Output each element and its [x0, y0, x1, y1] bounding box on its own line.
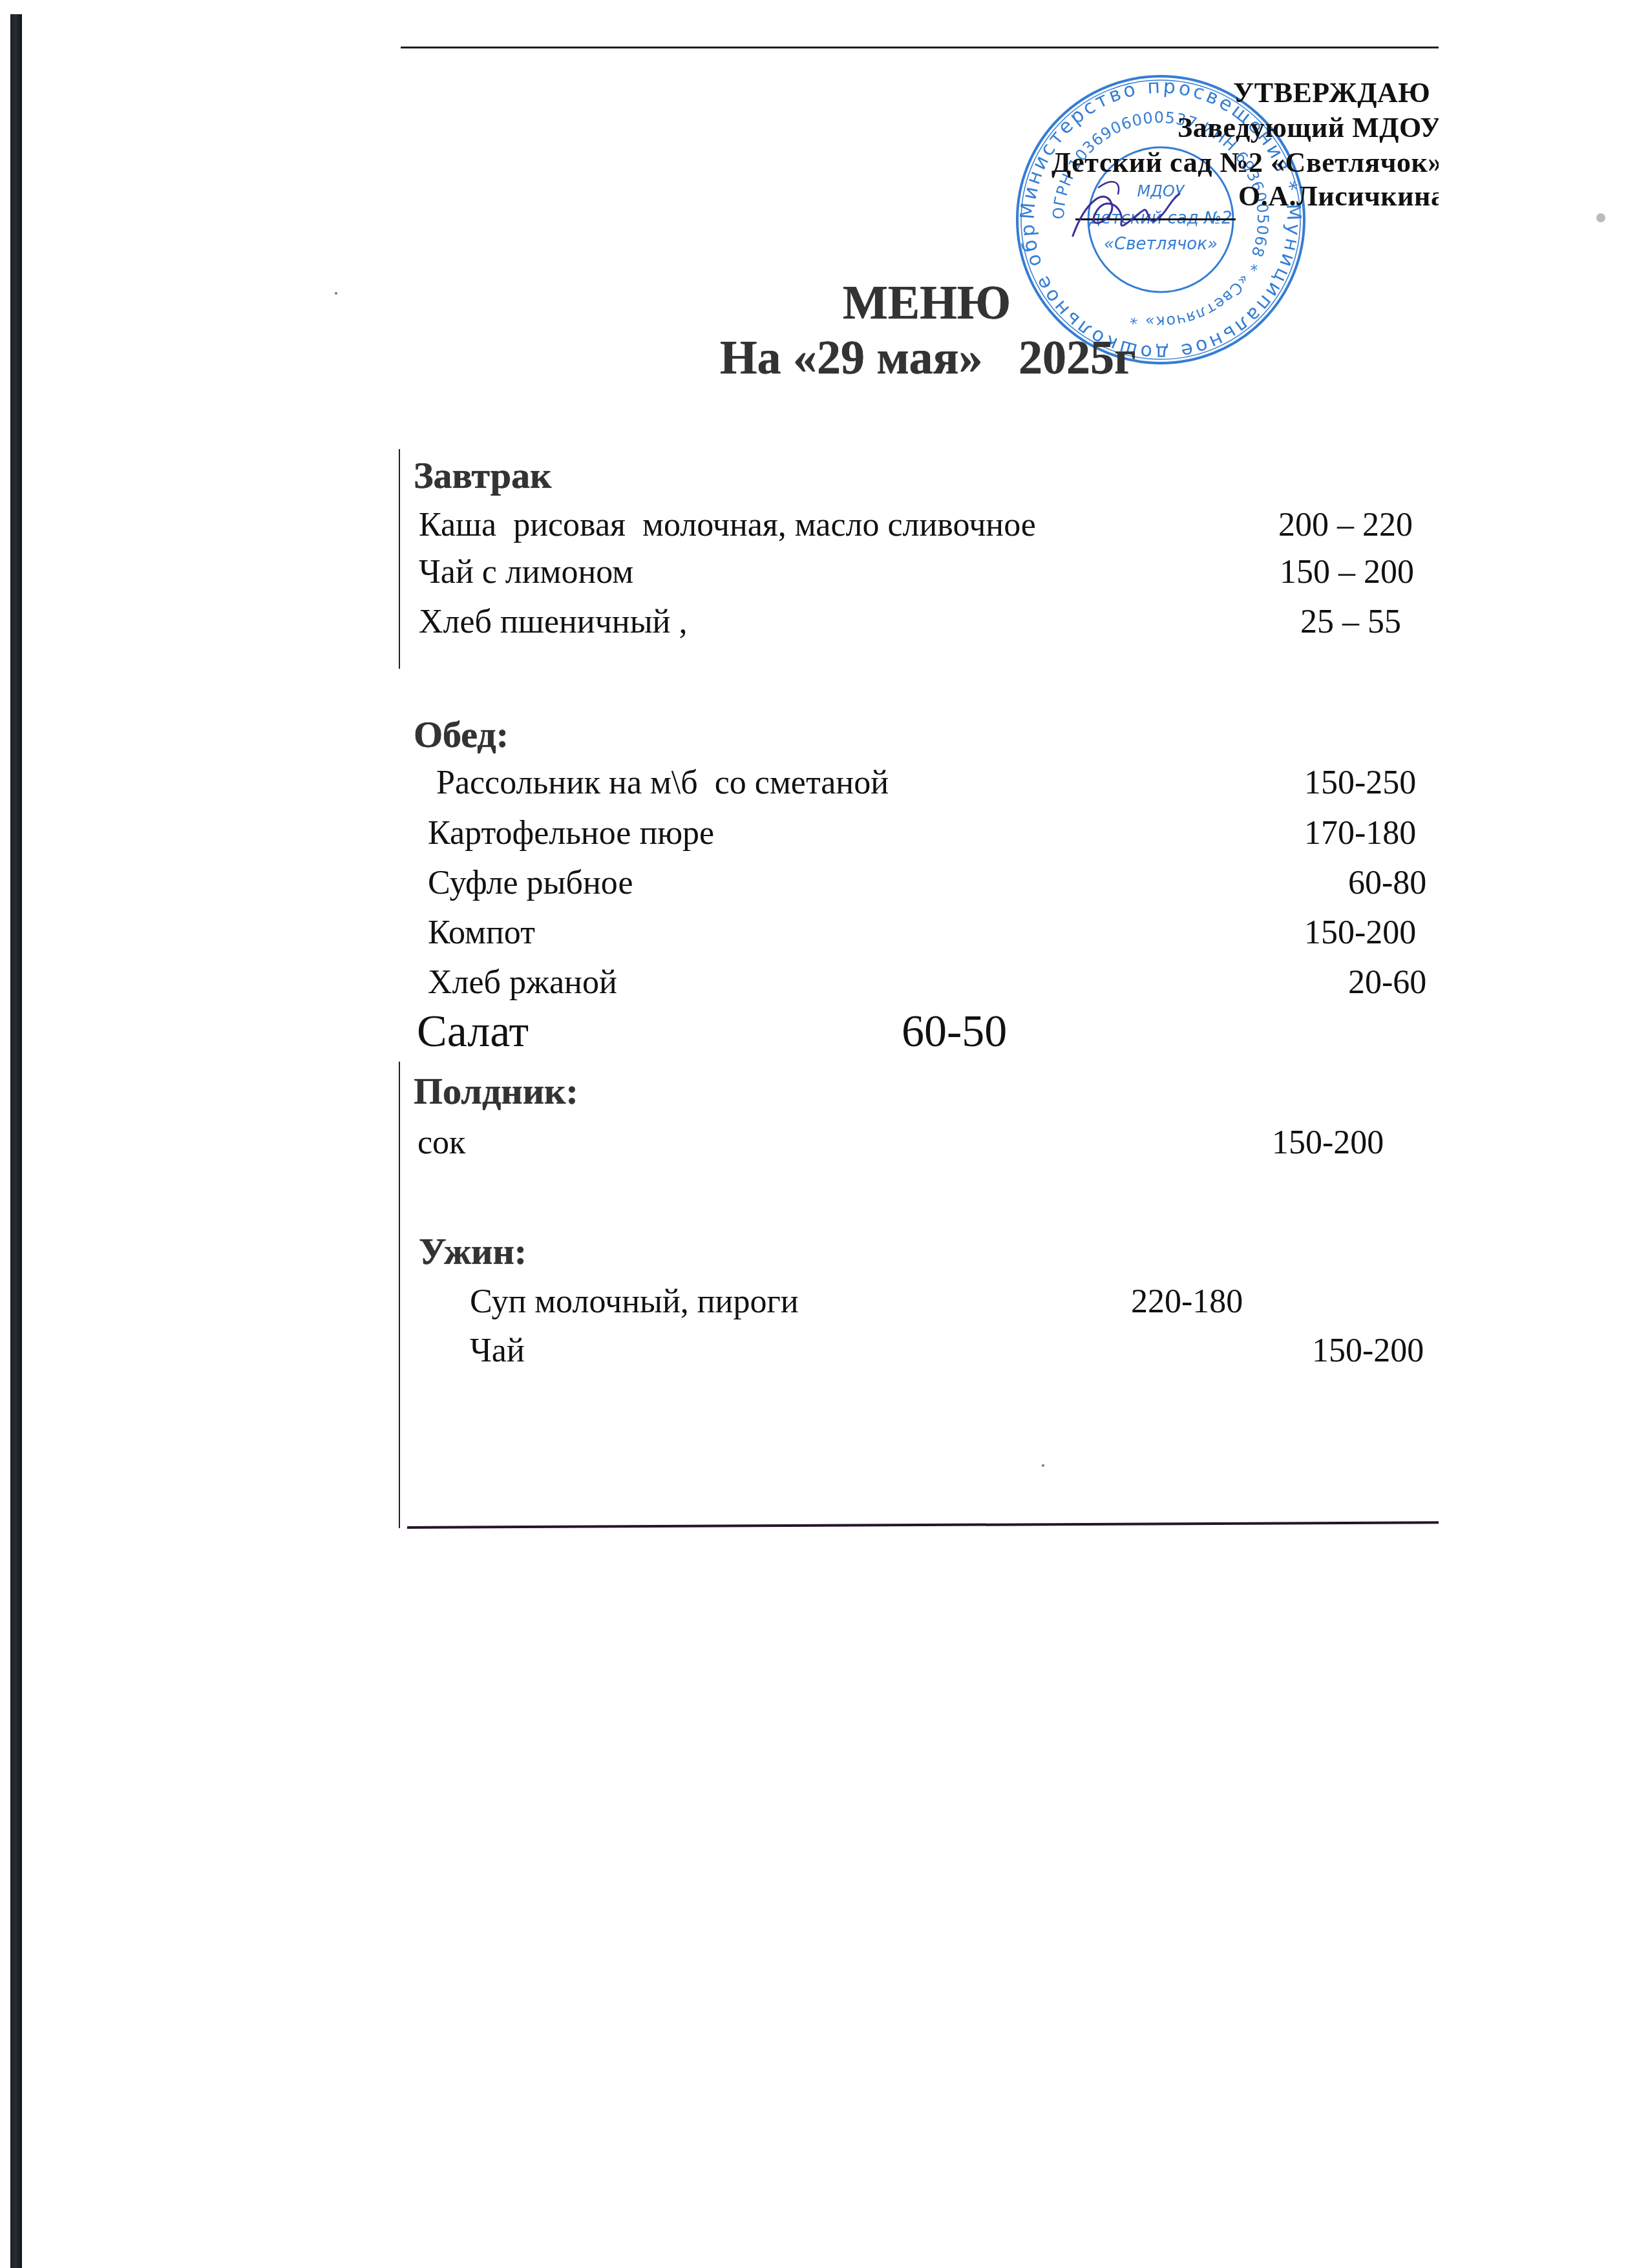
top-rule: [401, 47, 1439, 48]
snack-item-qty: 150-200: [1272, 1126, 1384, 1160]
lunch-item-qty: 150-200: [1304, 916, 1416, 950]
lunch-item-name: Суфле рыбное: [428, 866, 633, 900]
frame-left-line-2: [399, 1062, 400, 1528]
dinner-item-name: Суп молочный, пироги: [470, 1285, 799, 1319]
scan-speck: [1042, 1464, 1044, 1467]
lunch-item-qty: 60-80: [1348, 866, 1426, 900]
breakfast-item-qty: 25 – 55: [1300, 605, 1401, 639]
lunch-item-qty: 150-250: [1304, 766, 1416, 800]
dinner-item-qty: 220-180: [1131, 1285, 1243, 1319]
breakfast-item-name: Чай с лимоном: [419, 556, 633, 589]
breakfast-item-qty: 150 – 200: [1280, 556, 1414, 589]
lunch-item-name: Компот: [428, 916, 535, 950]
scan-speck: [1596, 213, 1605, 222]
approval-position: Заведующий МДОУ: [1178, 114, 1439, 142]
breakfast-item-name: Каша рисовая молочная, масло сливочное: [419, 509, 1036, 542]
lunch-item-name: Рассольник на м\б со сметаной: [428, 766, 889, 800]
lunch-item-name: Картофельное пюре: [428, 817, 714, 850]
bottom-rule: [407, 1521, 1439, 1529]
dinner-item-name: Чай: [470, 1334, 525, 1368]
snack-item-name: сок: [417, 1126, 465, 1160]
menu-page: Министерство просвещения * Муниципальное…: [0, 0, 1439, 2268]
scan-speck: [335, 292, 337, 295]
dinner-item-qty: 150-200: [1312, 1334, 1424, 1368]
section-lunch-label: Обед:: [414, 716, 509, 753]
lunch-item-qty: 170-180: [1304, 817, 1416, 850]
approval-title: УТВЕРЖДАЮ: [1233, 79, 1430, 107]
lunch-item-qty: 20-60: [1348, 966, 1426, 1000]
section-dinner-label: Ужин:: [419, 1233, 527, 1270]
lunch-item-name: Хлеб ржаной: [428, 966, 617, 1000]
approval-institution: Детский сад №2 «Светлячок»: [1051, 149, 1439, 177]
lunch-item-name: Салат: [417, 1009, 529, 1055]
section-breakfast-label: Завтрак: [414, 457, 551, 494]
page-title: МЕНЮ: [843, 279, 1011, 327]
breakfast-item-name: Хлеб пшеничный ,: [419, 605, 687, 639]
approval-name: О.А.Лисичкина: [1238, 182, 1439, 211]
breakfast-item-qty: 200 – 220: [1278, 509, 1413, 542]
menu-date: На «29 мая» 2025г: [720, 334, 1136, 382]
lunch-item-qty: 60-50: [902, 1009, 1007, 1055]
section-snack-label: Полдник:: [414, 1073, 578, 1110]
signature-icon: [1060, 174, 1202, 252]
frame-left-line-1: [399, 449, 400, 669]
